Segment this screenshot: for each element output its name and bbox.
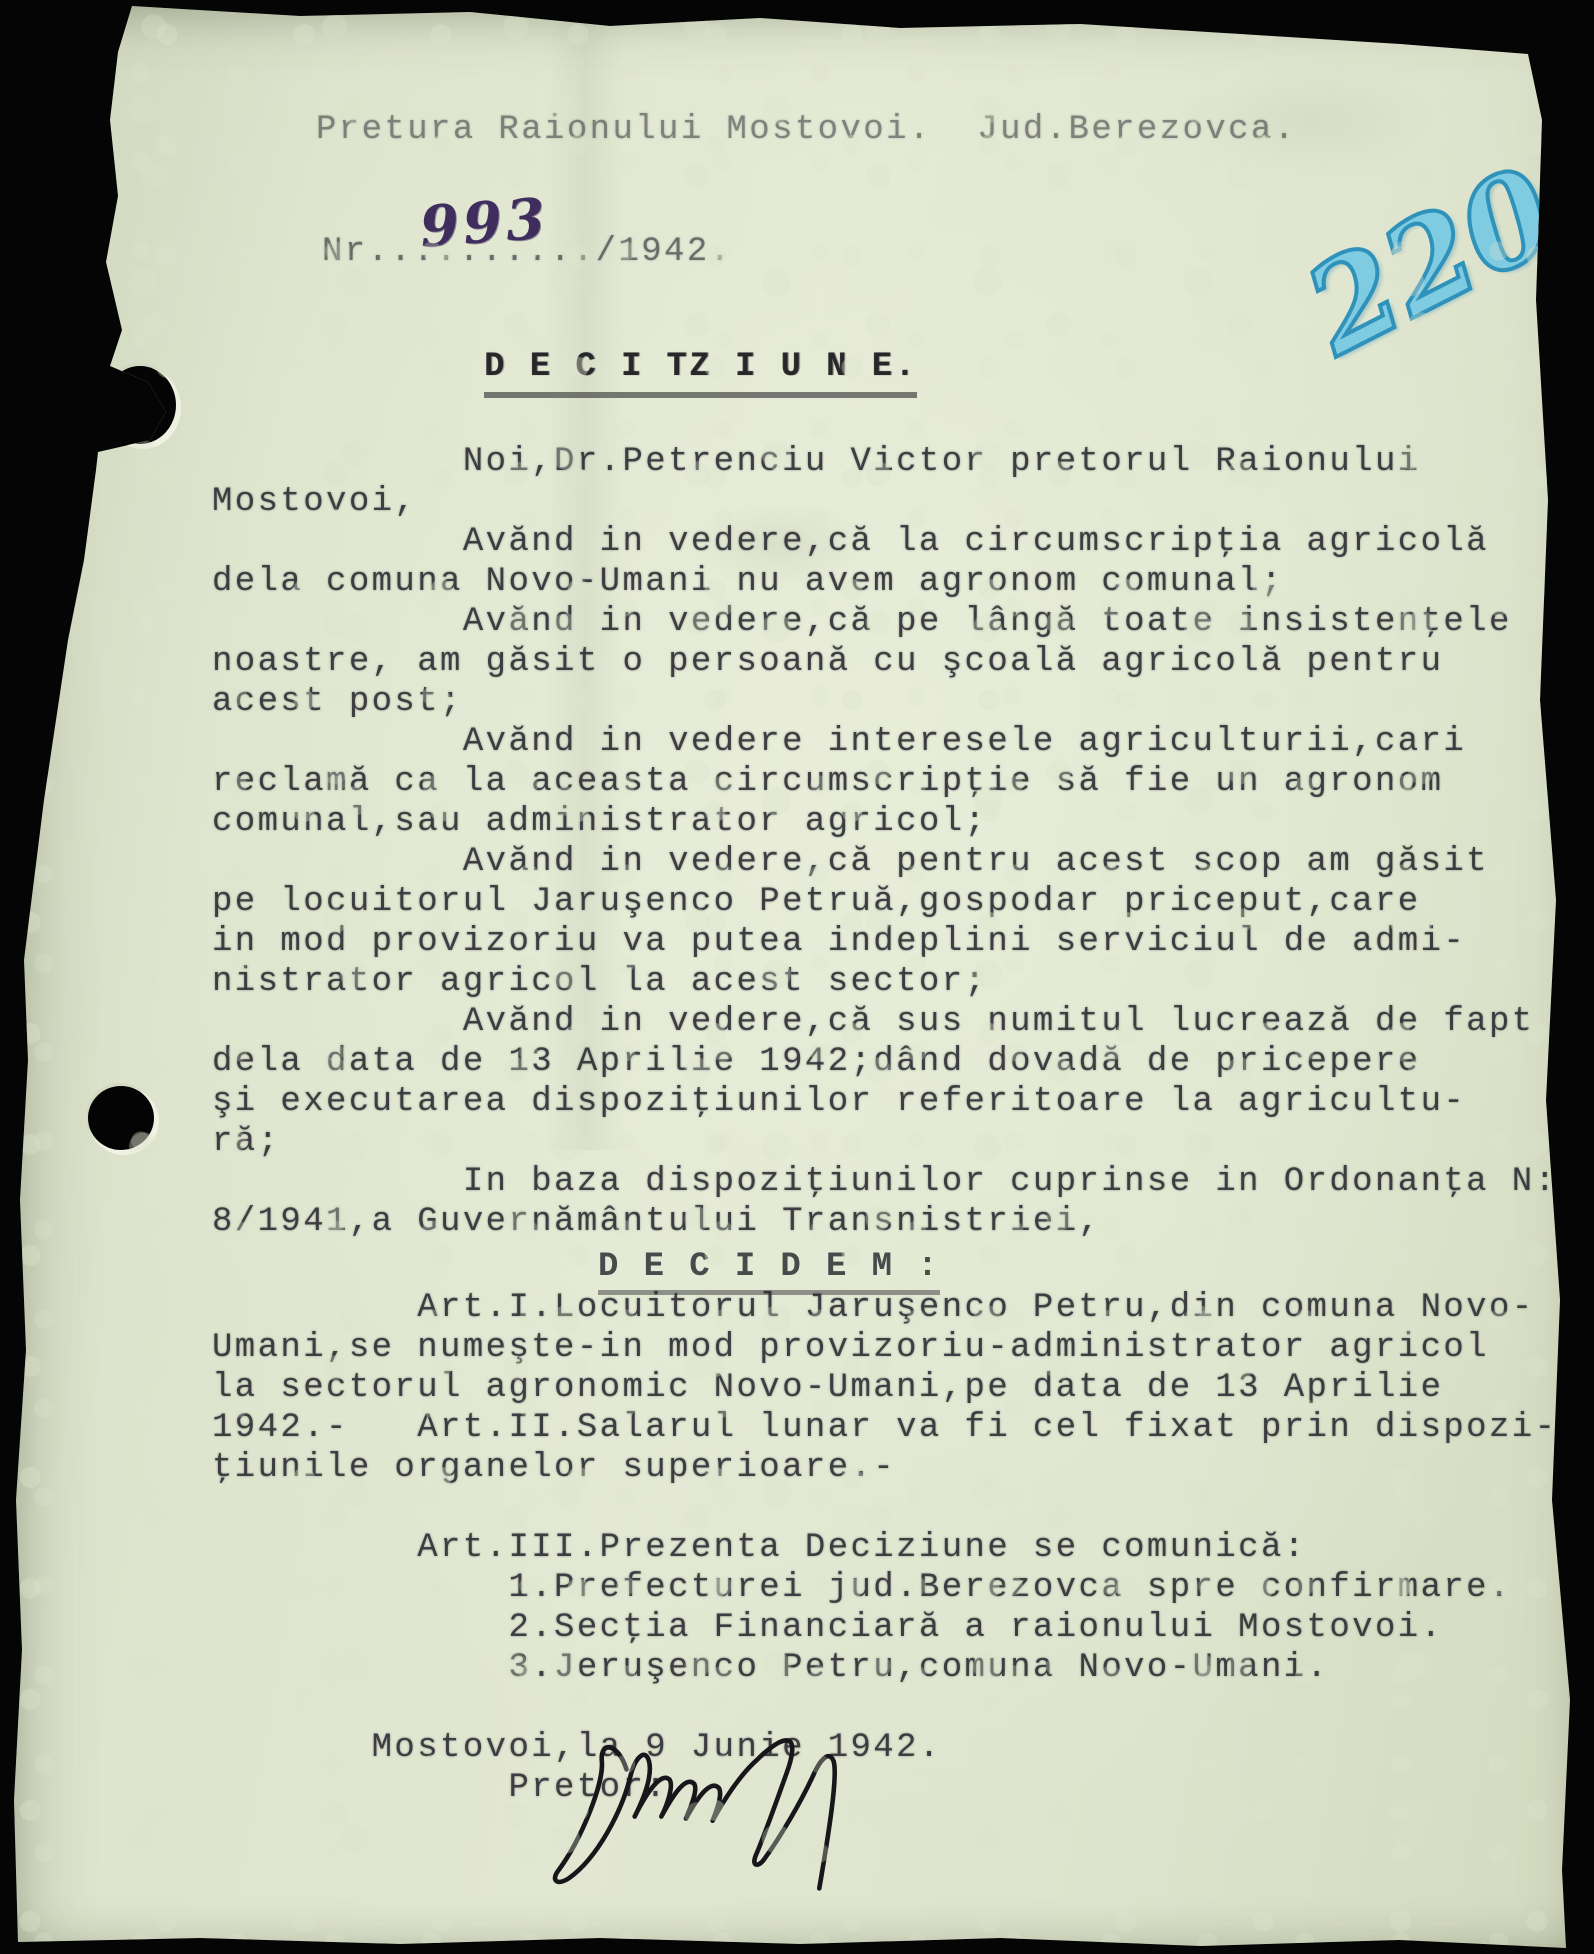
office-header: Pretura Raionului Mostovoi. Jud.Berezovc… (316, 110, 1297, 150)
hole-punch-top (104, 366, 176, 444)
scan-background: Pretura Raionului Mostovoi. Jud.Berezovc… (0, 0, 1594, 1954)
document-page: Pretura Raionului Mostovoi. Jud.Berezovc… (0, 0, 1594, 1954)
pretor-signature (528, 1716, 928, 1911)
hole-punch-middle (88, 1086, 154, 1150)
document-body: Noi,Dr.Petrenciu Victor pretorul Raionul… (212, 442, 1557, 1242)
document-title: D E C I TZ I U N E. (484, 348, 917, 398)
handwritten-registry-number: 993 (418, 186, 551, 261)
blue-pencil-number: 220 (1284, 145, 1580, 414)
